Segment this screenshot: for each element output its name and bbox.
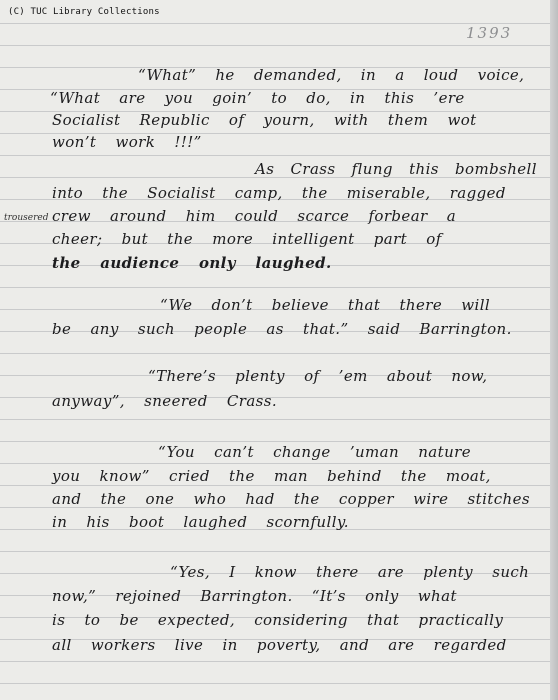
text-line: and the one who had the copper wire stit… [52, 490, 530, 508]
text-line: the audience only laughed. [52, 254, 332, 272]
text-line: anyway”, sneered Crass. [52, 392, 277, 410]
text-line: you know” cried the man behind the moat, [52, 467, 491, 485]
text-line: be any such people as that.” said Barrin… [52, 320, 512, 338]
text-line: all workers live in poverty, and are reg… [52, 636, 507, 654]
text-line: “What” he demanded, in a loud voice, [138, 66, 524, 84]
text-line: “We don’t believe that there will [160, 296, 490, 314]
text-line: “You can’t change ’uman nature [158, 443, 471, 461]
copyright-notice: (C) TUC Library Collections [8, 7, 160, 17]
page-edge [550, 0, 558, 700]
text-line: won’t work !!!” [52, 133, 202, 151]
text-line: “What are you goin’ to do, in this ’ere [50, 89, 465, 107]
manuscript-page: (C) TUC Library Collections 1393 “What” … [0, 0, 550, 700]
text-line: now,” rejoined Barrington. “It’s only wh… [52, 587, 457, 605]
text-line: crew around him could scarce forbear a [52, 207, 456, 225]
margin-annotation: trousered [4, 213, 48, 223]
text-line: is to be expected, considering that prac… [52, 611, 503, 629]
page-number: 1393 [466, 24, 512, 42]
text-line: “There’s plenty of ’em about now, [148, 367, 487, 385]
text-line: “Yes, I know there are plenty such [170, 563, 529, 581]
text-line: into the Socialist camp, the miserable, … [52, 184, 506, 202]
text-line: Socialist Republic of yourn, with them w… [52, 111, 477, 129]
text-line: in his boot laughed scornfully. [52, 513, 349, 531]
text-line: As Crass flung this bombshell [255, 160, 537, 178]
text-line: cheer; but the more intelligent part of [52, 230, 442, 248]
